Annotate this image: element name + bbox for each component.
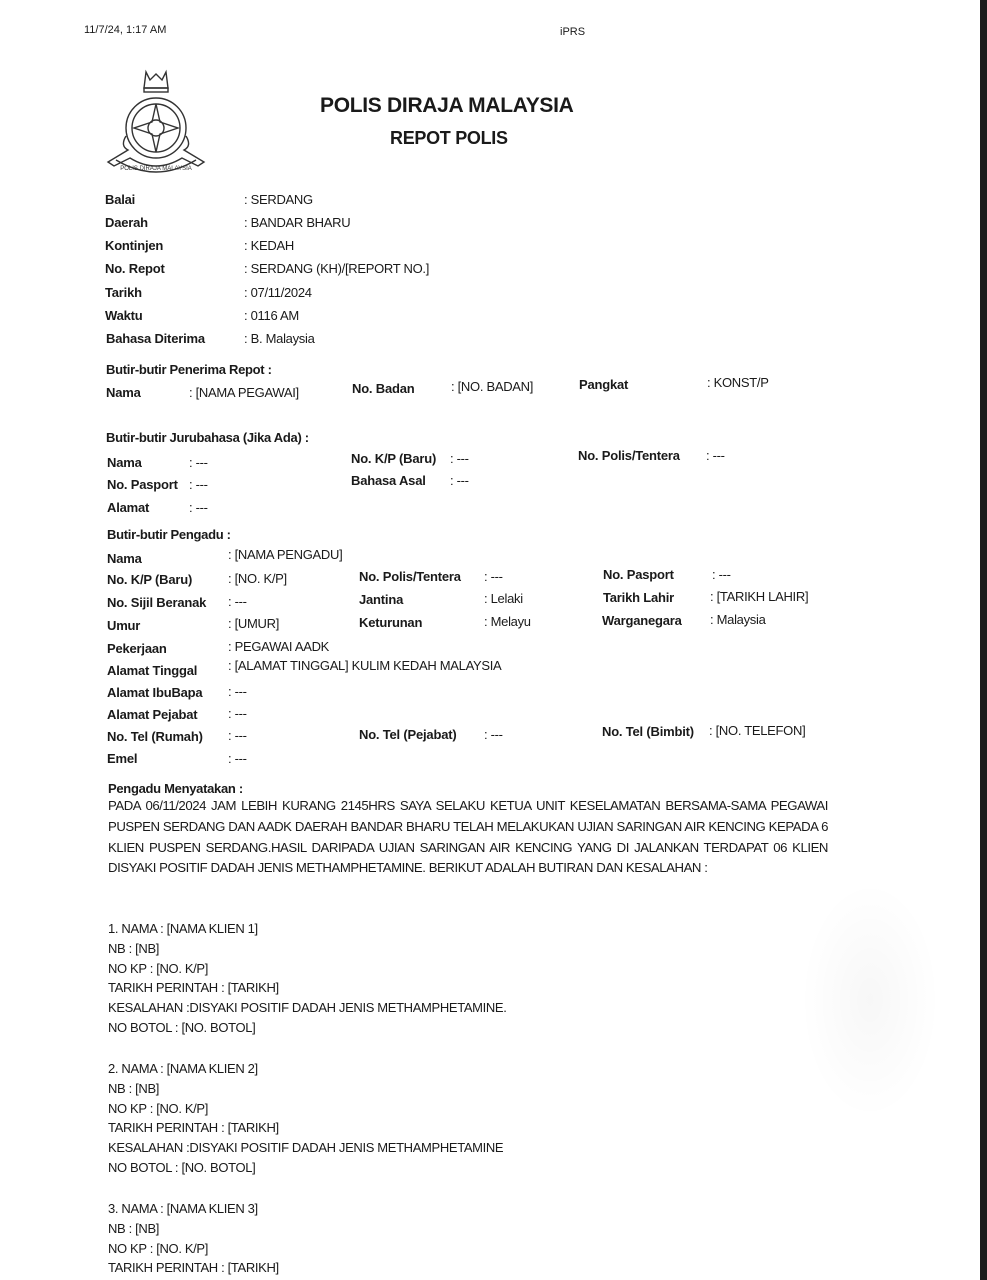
item-kp: NO KP : [NO. K/P] [108,1099,503,1119]
label-comp-jantina: Jantina [359,592,403,607]
section-statement: Pengadu Menyatakan : [108,781,243,796]
value-comp-pasport: : --- [712,567,731,582]
value-kontinjen: : KEDAH [244,238,294,253]
value-receiver-pangkat: : KONST/P [707,375,769,390]
value-comp-kp: : [NO. K/P] [228,571,287,586]
value-comp-polis: : --- [484,569,503,584]
value-daerah: : BANDAR BHARU [244,215,350,230]
item-nb: NB : [NB] [108,1079,503,1099]
item-nb: NB : [NB] [108,1219,279,1239]
value-receiver-nama: : [NAMA PEGAWAI] [189,385,299,400]
label-no-repot: No. Repot [105,261,165,276]
item-kesalahan: KESALAHAN :DISYAKI POSITIF DADAH JENIS M… [108,1138,503,1158]
item-nama: 1. NAMA : [NAMA KLIEN 1] [108,919,507,939]
list-item: 2. NAMA : [NAMA KLIEN 2] NB : [NB] NO KP… [108,1059,503,1178]
page-edge [980,0,987,1280]
page-title: POLIS DIRAJA MALAYSIA [320,94,574,118]
value-comp-warga: : Malaysia [710,612,766,627]
list-item: 3. NAMA : [NAMA KLIEN 3] NB : [NB] NO KP… [108,1199,279,1278]
label-balai: Balai [105,192,135,207]
section-complainant: Butir-butir Pengadu : [107,527,231,542]
label-interp-nama: Nama [107,455,142,470]
label-receiver-badan: No. Badan [352,381,414,396]
value-comp-pejabat: : --- [228,706,247,721]
label-receiver-nama: Nama [106,385,141,400]
value-comp-nama: : [NAMA PENGADU] [228,547,342,562]
value-comp-ibubapa: : --- [228,684,247,699]
section-receiver: Butir-butir Penerima Repot : [106,362,272,377]
item-kesalahan: KESALAHAN :DISYAKI POSITIF DADAH JENIS M… [108,998,507,1018]
print-source: iPRS [560,26,585,38]
value-interp-alamat: : --- [189,500,208,515]
value-interp-kp: : --- [450,451,469,466]
label-comp-pejabat: Alamat Pejabat [107,707,197,722]
value-receiver-badan: : [NO. BADAN] [451,379,533,394]
report-page: 11/7/24, 1:17 AM iPRS POLIS DIRAJA MALAY… [0,0,980,1280]
label-waktu: Waktu [105,308,143,323]
label-receiver-pangkat: Pangkat [579,377,628,392]
label-interp-bahasa: Bahasa Asal [351,473,426,488]
label-comp-emel: Emel [107,751,137,766]
label-tarikh: Tarikh [105,285,142,300]
value-comp-rumah: : --- [228,728,247,743]
label-interp-alamat: Alamat [107,500,149,515]
label-comp-kerja: Pekerjaan [107,641,167,656]
value-waktu: : 0116 AM [244,308,299,323]
item-nama: 3. NAMA : [NAMA KLIEN 3] [108,1199,279,1219]
label-comp-pasport: No. Pasport [603,567,674,582]
value-bahasa: : B. Malaysia [244,331,315,346]
item-tarikh: TARIKH PERINTAH : [TARIKH] [108,1258,279,1278]
label-comp-ibubapa: Alamat IbuBapa [107,685,202,700]
label-comp-umur: Umur [107,618,140,633]
value-no-repot: : SERDANG (KH)/[REPORT NO.] [244,261,429,276]
item-nama: 2. NAMA : [NAMA KLIEN 2] [108,1059,503,1079]
value-balai: : SERDANG [244,192,313,207]
value-comp-jantina: : Lelaki [484,591,523,606]
item-kp: NO KP : [NO. K/P] [108,1239,279,1259]
label-interp-pasport: No. Pasport [107,477,178,492]
label-comp-rumah: No. Tel (Rumah) [107,729,203,744]
value-comp-alamat: : [ALAMAT TINGGAL] KULIM KEDAH MALAYSIA [228,658,501,673]
label-comp-telpej: No. Tel (Pejabat) [359,727,456,742]
page-subtitle: REPOT POLIS [390,128,508,149]
item-tarikh: TARIKH PERINTAH : [TARIKH] [108,978,507,998]
value-interp-polis: : --- [706,448,725,463]
statement-text: PADA 06/11/2024 JAM LEBIH KURANG 2145HRS… [108,796,828,879]
value-comp-sijil: : --- [228,594,247,609]
label-comp-nama: Nama [107,551,142,566]
value-comp-lahir: : [TARIKH LAHIR] [710,589,808,604]
label-comp-kp: No. K/P (Baru) [107,572,192,587]
label-kontinjen: Kontinjen [105,238,163,253]
label-comp-alamat: Alamat Tinggal [107,663,197,678]
label-comp-bimbit: No. Tel (Bimbit) [602,724,694,739]
value-interp-pasport: : --- [189,477,208,492]
item-botol: NO BOTOL : [NO. BOTOL] [108,1018,507,1038]
value-comp-emel: : --- [228,751,247,766]
list-item: 1. NAMA : [NAMA KLIEN 1] NB : [NB] NO KP… [108,919,507,1038]
label-comp-keturunan: Keturunan [359,615,422,630]
svg-text:POLIS DIRAJA MALAYSIA: POLIS DIRAJA MALAYSIA [120,166,192,172]
label-daerah: Daerah [105,215,148,230]
value-comp-keturunan: : Melayu [484,614,531,629]
item-nb: NB : [NB] [108,939,507,959]
label-comp-sijil: No. Sijil Beranak [107,595,206,610]
value-comp-telpej: : --- [484,727,503,742]
section-interpreter: Butir-butir Jurubahasa (Jika Ada) : [106,430,309,445]
label-bahasa: Bahasa Diterima [106,331,205,346]
item-tarikh: TARIKH PERINTAH : [TARIKH] [108,1118,503,1138]
scan-smudge [800,880,940,1120]
label-interp-kp: No. K/P (Baru) [351,451,436,466]
label-comp-warga: Warganegara [602,613,682,628]
print-datetime: 11/7/24, 1:17 AM [84,24,166,36]
label-comp-lahir: Tarikh Lahir [603,590,674,605]
police-crest-icon: POLIS DIRAJA MALAYSIA [100,66,212,178]
item-kp: NO KP : [NO. K/P] [108,959,507,979]
value-comp-umur: : [UMUR] [228,616,279,631]
value-tarikh: : 07/11/2024 [244,285,312,300]
value-interp-bahasa: : --- [450,473,469,488]
value-comp-bimbit: : [NO. TELEFON] [709,723,805,738]
value-interp-nama: : --- [189,455,208,470]
value-comp-kerja: : PEGAWAI AADK [228,639,329,654]
label-interp-polis: No. Polis/Tentera [578,448,680,463]
label-comp-polis: No. Polis/Tentera [359,569,461,584]
item-botol: NO BOTOL : [NO. BOTOL] [108,1158,503,1178]
